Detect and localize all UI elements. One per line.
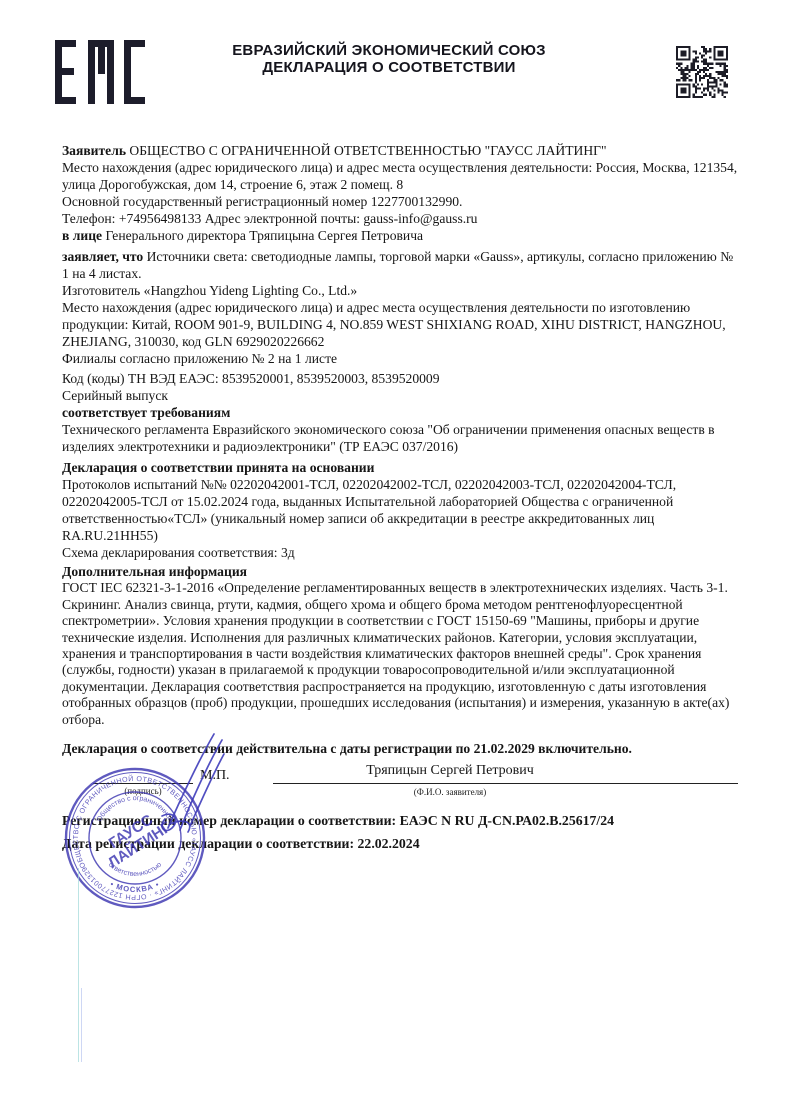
compliance-label: соответствует требованиям — [62, 404, 740, 421]
representative-label: в лице — [62, 228, 102, 243]
qr-finder-bl — [676, 83, 690, 97]
serial-release: Серийный выпуск — [62, 387, 740, 404]
declares-text: Источники света: светодиодные лампы, тор… — [62, 249, 733, 281]
additional-text: ГОСТ IEC 62321-3-1-2016 «Определение рег… — [62, 580, 740, 728]
qr-code-icon — [672, 42, 732, 102]
title-line-declaration: ДЕКЛАРАЦИЯ О СООТВЕТСТВИИ — [150, 59, 628, 76]
representative-line: в лице Генерального директора Тряпицына … — [62, 227, 740, 244]
basis-protocols: Протоколов испытаний №№ 02202042001-ТСЛ,… — [62, 476, 740, 544]
applicant-contacts: Телефон: +74956498133 Адрес электронной … — [62, 210, 740, 227]
signer-name-line — [273, 783, 738, 784]
scan-artifact-line — [81, 988, 82, 1062]
declares-line: заявляет, что Источники света: светодиод… — [62, 248, 740, 282]
section-additional-info: Дополнительная информация ГОСТ IEC 62321… — [62, 564, 740, 728]
company-stamp: ОБЩЕСТВО С ОГРАНИЧЕННОЙ ОТВЕТСТВЕННОСТЬЮ… — [60, 763, 210, 913]
qr-finder-tl — [676, 46, 690, 60]
eac-logo-icon — [55, 40, 145, 104]
registration-number-value: ЕАЭС N RU Д-CN.РА02.В.25617/24 — [400, 813, 615, 828]
section-codes: Код (коды) ТН ВЭД ЕАЭС: 8539520001, 8539… — [62, 370, 740, 455]
tnved-codes: Код (коды) ТН ВЭД ЕАЭС: 8539520001, 8539… — [62, 370, 740, 387]
signer-name: Тряпицын Сергей Петрович — [280, 763, 620, 779]
manufacturer-line: Изготовитель «Hangzhou Yideng Lighting C… — [62, 282, 740, 299]
applicant-address: Место нахождения (адрес юридического лиц… — [62, 159, 740, 193]
scan-artifact-line — [78, 868, 79, 1062]
applicant-ogrn: Основной государственный регистрационный… — [62, 193, 740, 210]
qr-finder-tr — [713, 46, 727, 60]
section-product: заявляет, что Источники света: светодиод… — [62, 248, 740, 367]
branches-line: Филиалы согласно приложению № 2 на 1 лис… — [62, 350, 740, 367]
declaration-document: ЕВРАЗИЙСКИЙ ЭКОНОМИЧЕСКИЙ СОЮЗ ДЕКЛАРАЦИ… — [0, 0, 792, 1120]
compliance-text: Технического регламента Евразийского эко… — [62, 421, 740, 455]
applicant-label: Заявитель — [62, 143, 126, 158]
basis-scheme: Схема декларирования соответствия: 3д — [62, 544, 740, 561]
applicant-name: ОБЩЕСТВО С ОГРАНИЧЕННОЙ ОТВЕТСТВЕННОСТЬЮ… — [126, 143, 607, 158]
registration-date-value: 22.02.2024 — [358, 836, 420, 851]
applicant-line: Заявитель ОБЩЕСТВО С ОГРАНИЧЕННОЙ ОТВЕТС… — [62, 142, 740, 159]
basis-label: Декларация о соответствии принята на осн… — [62, 459, 740, 476]
section-applicant: Заявитель ОБЩЕСТВО С ОГРАНИЧЕННОЙ ОТВЕТС… — [62, 142, 740, 244]
declares-label: заявляет, что — [62, 249, 143, 264]
document-title: ЕВРАЗИЙСКИЙ ЭКОНОМИЧЕСКИЙ СОЮЗ ДЕКЛАРАЦИ… — [150, 42, 628, 76]
representative-name: Генерального директора Тряпицына Сергея … — [102, 228, 423, 243]
additional-label: Дополнительная информация — [62, 564, 740, 580]
section-basis: Декларация о соответствии принята на осн… — [62, 459, 740, 561]
manufacturer-address: Место нахождения (адрес юридического лиц… — [62, 299, 740, 350]
title-line-union: ЕВРАЗИЙСКИЙ ЭКОНОМИЧЕСКИЙ СОЮЗ — [150, 42, 628, 59]
signer-name-caption: (Ф.И.О. заявителя) — [280, 787, 620, 797]
